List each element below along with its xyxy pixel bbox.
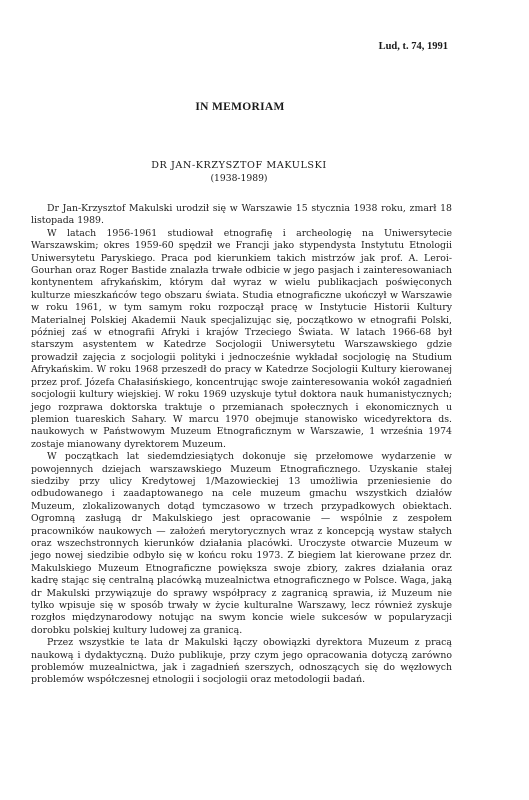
obituary-dates: (1938-1989) [0,173,478,184]
paragraph-museum: W początkach lat siedemdziesiątych dokon… [31,451,452,637]
article-body: Dr Jan-Krzysztof Makulski urodził się w … [31,203,452,687]
paragraph-scholarship: Przez wszystkie te lata dr Makulski łącz… [31,637,452,687]
paragraph-education-career: W latach 1956-1961 studiował etnografię … [31,228,452,451]
obituary-name: DR JAN-KRZYSZTOF MAKULSKI [0,160,478,171]
paragraph-birth-death: Dr Jan-Krzysztof Makulski urodził się w … [31,203,452,228]
section-title: IN MEMORIAM [0,101,480,113]
journal-reference: Lud, t. 74, 1991 [379,41,448,52]
